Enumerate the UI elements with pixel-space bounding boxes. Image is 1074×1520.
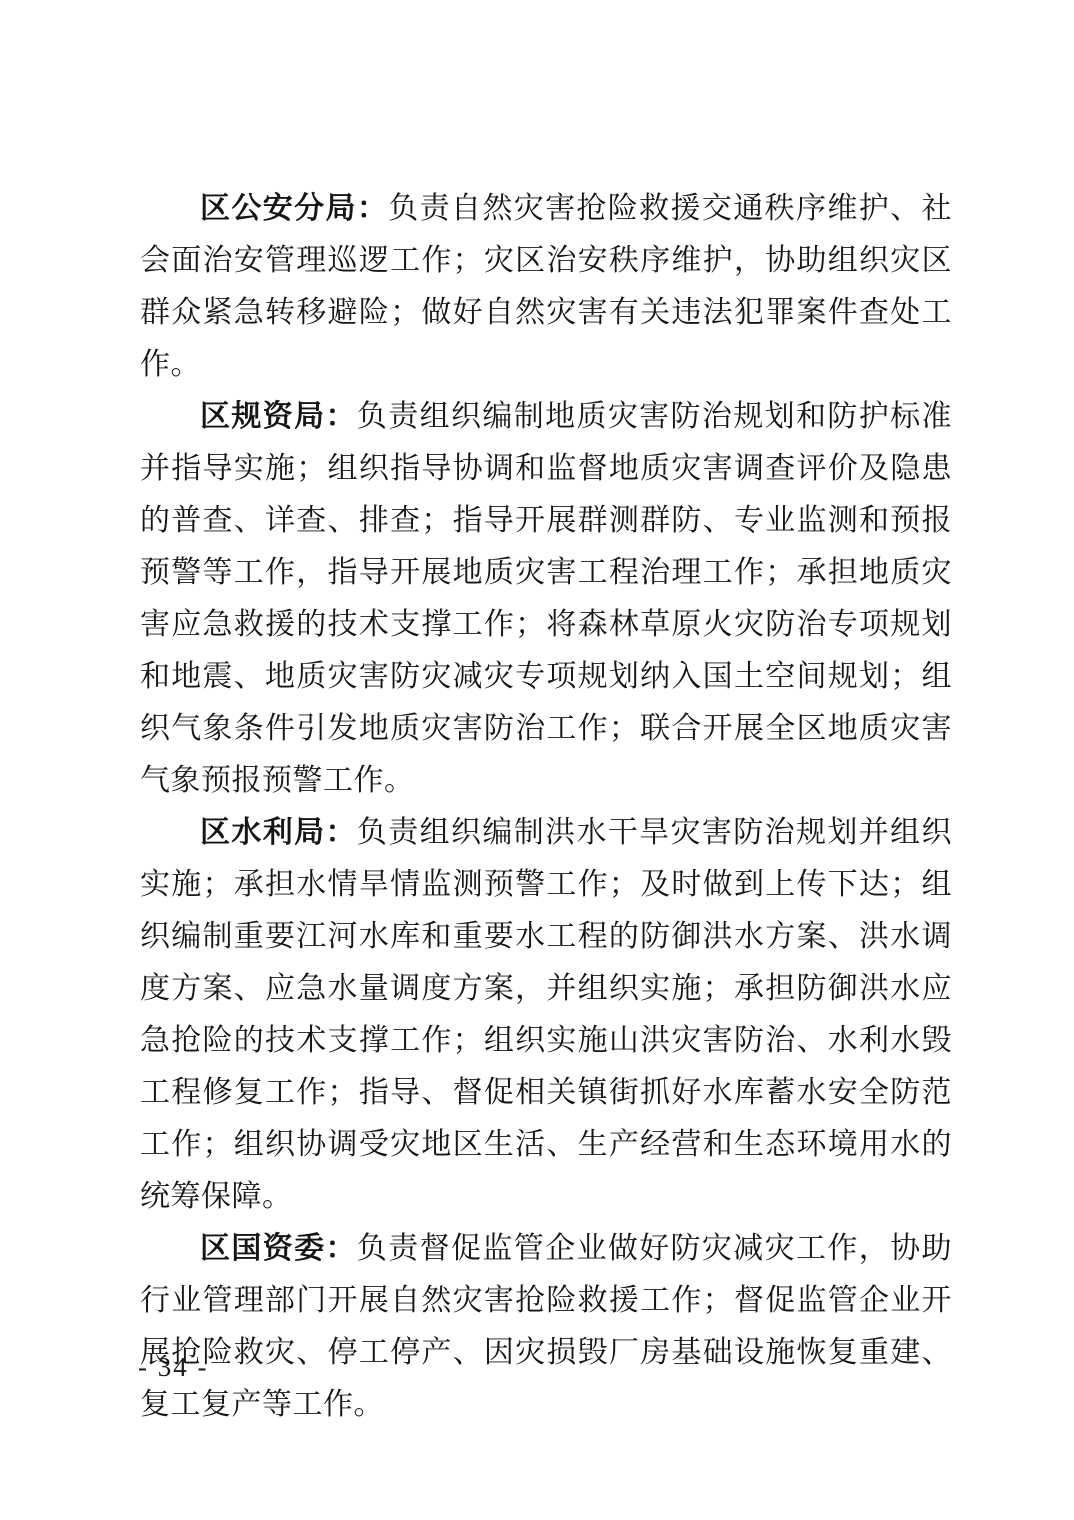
paragraph-state-assets-commission: 区国资委：负责督促监管企业做好防灾减灾工作，协助行业管理部门开展自然灾害抢险救援… xyxy=(140,1223,952,1431)
document-body: 区公安分局：负责自然灾害抢险救援交通秩序维护、社会面治安管理巡逻工作；灾区治安秩… xyxy=(140,183,952,1431)
paragraph-public-security-bureau: 区公安分局：负责自然灾害抢险救援交通秩序维护、社会面治安管理巡逻工作；灾区治安秩… xyxy=(140,183,952,391)
paragraph-title: 区国资委： xyxy=(200,1232,357,1265)
paragraph-text: 负责组织编制洪水干旱灾害防治规划并组织实施；承担水情旱情监测预警工作；及时做到上… xyxy=(140,816,952,1213)
paragraph-title: 区公安分局： xyxy=(200,192,388,225)
paragraph-water-resources-bureau: 区水利局：负责组织编制洪水干旱灾害防治规划并组织实施；承担水情旱情监测预警工作；… xyxy=(140,807,952,1223)
document-page: 区公安分局：负责自然灾害抢险救援交通秩序维护、社会面治安管理巡逻工作；灾区治安秩… xyxy=(0,0,1074,1520)
paragraph-title: 区水利局： xyxy=(200,816,357,849)
paragraph-text: 负责组织编制地质灾害防治规划和防护标准并指导实施；组织指导协调和监督地质灾害调查… xyxy=(140,400,952,797)
page-number: - 34 - xyxy=(138,1350,208,1384)
paragraph-planning-resources-bureau: 区规资局：负责组织编制地质灾害防治规划和防护标准并指导实施；组织指导协调和监督地… xyxy=(140,391,952,807)
paragraph-title: 区规资局： xyxy=(200,400,357,433)
